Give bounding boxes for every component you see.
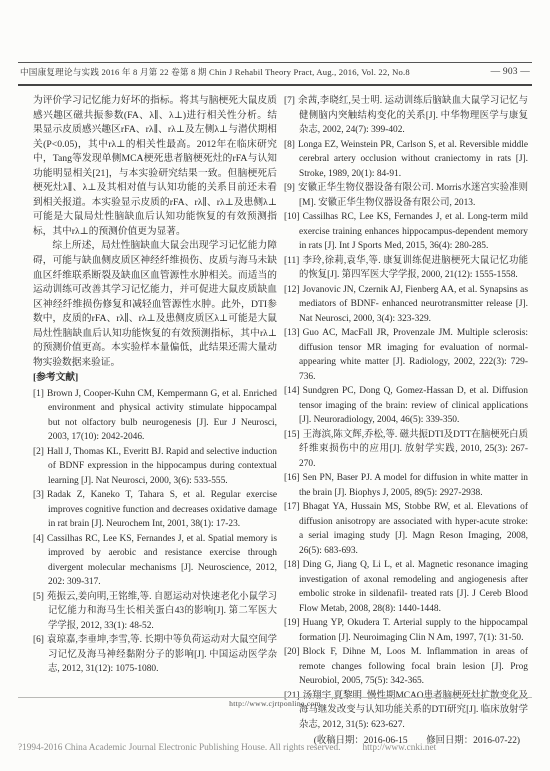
- reference-label: [10]: [284, 212, 300, 222]
- reference-text: Ding G, Jiang Q, Li L, et al. Magnetic r…: [299, 560, 528, 614]
- reference-label: [11]: [284, 256, 299, 266]
- reference-item: [9]安徽正华生物仪器设备有限公司. Morris水迷宫实验准则[M]. 安徽正…: [284, 181, 528, 210]
- reference-text: Brown J, Cooper-Kuhn CM, Kempermann G, e…: [47, 389, 277, 443]
- reference-text: Cassilhas RC, Lee KS, Fernandes J, et al…: [299, 212, 528, 251]
- reference-label: [6]: [33, 635, 44, 645]
- reference-label: [15]: [284, 430, 300, 440]
- reference-item: [6]袁琼嘉,李垂坤,李雪,等. 长期中等负荷运动对大鼠空间学习记忆及海马神经黏…: [33, 633, 277, 677]
- two-column-body: 为评价学习记忆能力好坏的指标。将其与脑梗死大鼠皮质感兴趣区磁共振参数(FA、λ∥…: [33, 94, 528, 654]
- reference-text: Block F, Dihne M, Loos M. Inflammation i…: [299, 647, 528, 686]
- reference-item: [13]Guo AC, MacFall JR, Provenzale JM. M…: [284, 326, 528, 384]
- reference-item: [2]Hall J, Thomas KL, Everitt BJ. Rapid …: [33, 445, 277, 489]
- reference-item: [7]余茜,李晓红,吴士明. 运动训练后脑缺血大鼠学习记忆与健侧脑内突触结构变化…: [284, 94, 528, 138]
- reference-item: [3]Radak Z, Kaneko T, Tahara S, et al. R…: [33, 488, 277, 532]
- reference-text: Sundgren PC, Dong Q, Gomez-Hassan D, et …: [299, 386, 528, 425]
- reference-text: Hall J, Thomas KL, Everitt BJ. Rapid and…: [47, 447, 277, 486]
- left-column: 为评价学习记忆能力好坏的指标。将其与脑梗死大鼠皮质感兴趣区磁共振参数(FA、λ∥…: [33, 94, 277, 654]
- reference-label: [17]: [284, 502, 300, 512]
- header-bottom-rule: [18, 84, 532, 86]
- reference-label: [18]: [284, 560, 300, 570]
- reference-item: [8]Longa EZ, Weinstein PR, Carlson S, et…: [284, 138, 528, 182]
- reference-item: [15]王海滨,陈文辉,乔松,等. 磁共振DTI及DTT在脑梗死白质纤维束损伤中…: [284, 428, 528, 472]
- reference-text: Guo AC, MacFall JR, Provenzale JM. Multi…: [299, 328, 528, 382]
- reference-item: [17]Bhagat YA, Hussain MS, Stobbe RW, et…: [284, 500, 528, 558]
- reference-item: [1]Brown J, Cooper-Kuhn CM, Kempermann G…: [33, 387, 277, 445]
- reference-label: [9]: [284, 183, 295, 193]
- reference-text: Sen PN, Baser PJ. A model for diffusion …: [299, 473, 528, 498]
- page-header: 中国康复理论与实践 2016 年 8 月第 22 卷第 8 期 Chin J R…: [20, 66, 530, 78]
- journal-page: 中国康复理论与实践 2016 年 8 月第 22 卷第 8 期 Chin J R…: [0, 0, 550, 771]
- header-top-rule: [18, 62, 532, 63]
- reference-text: Cassilhas RC, Lee KS, Fernandes J, et al…: [47, 534, 277, 588]
- references-heading: [参考文献]: [33, 371, 277, 386]
- reference-item: [18]Ding G, Jiang Q, Li L, et al. Magnet…: [284, 558, 528, 616]
- reference-label: [5]: [33, 592, 44, 602]
- footer-rule: [18, 697, 532, 698]
- reference-text: Huang YP, Okudera T. Arterial supply to …: [299, 618, 528, 643]
- reference-label: [3]: [33, 490, 44, 500]
- reference-label: [1]: [33, 389, 44, 399]
- reference-label: [7]: [284, 96, 295, 106]
- conclusion-paragraph: 综上所述，局灶性脑缺血大鼠会出现学习记忆能力障碍，可能与缺血侧皮质区神经纤维损伤…: [33, 239, 277, 370]
- reference-text: Longa EZ, Weinstein PR, Carlson S, et al…: [298, 140, 528, 179]
- cnki-url: http://www.cnki.net: [363, 743, 437, 753]
- reference-item: [4]Cassilhas RC, Lee KS, Fernandes J, et…: [33, 532, 277, 590]
- reference-item: [20]Block F, Dihne M, Loos M. Inflammati…: [284, 645, 528, 689]
- reference-text: 袁琼嘉,李垂坤,李雪,等. 长期中等负荷运动对大鼠空间学习记忆及海马神经黏附分子…: [47, 635, 277, 674]
- discussion-paragraph: 为评价学习记忆能力好坏的指标。将其与脑梗死大鼠皮质感兴趣区磁共振参数(FA、λ∥…: [33, 94, 277, 239]
- page-number: — 903 —: [481, 67, 530, 77]
- copyright-notice: ?1994-2016 China Academic Journal Electr…: [18, 743, 341, 753]
- reference-item: [14]Sundgren PC, Dong Q, Gomez-Hassan D,…: [284, 384, 528, 428]
- reference-text: 余茜,李晓红,吴士明. 运动训练后脑缺血大鼠学习记忆与健侧脑内突触结构变化的关系…: [298, 96, 528, 135]
- reference-item: [11]李玲,徐莉,袁华,等. 康复训练促进脑梗死大鼠记忆功能的恢复[J]. 第…: [284, 254, 528, 283]
- reference-text: Bhagat YA, Hussain MS, Stobbe RW, et al.…: [299, 502, 528, 556]
- reference-item: [21]汤翔宇,夏黎明. 慢性期MCAO患者脑梗死灶扩散变化及海马继发改变与认知…: [284, 689, 528, 733]
- reference-label: [4]: [33, 534, 44, 544]
- reference-label: [2]: [33, 447, 44, 457]
- reference-text: 王海滨,陈文辉,乔松,等. 磁共振DTI及DTT在脑梗死白质纤维束损伤中的应用[…: [299, 430, 528, 469]
- journal-header-line: 中国康复理论与实践 2016 年 8 月第 22 卷第 8 期 Chin J R…: [20, 66, 410, 78]
- reference-label: [19]: [284, 618, 300, 628]
- reference-label: [14]: [284, 386, 300, 396]
- right-column: [7]余茜,李晓红,吴士明. 运动训练后脑缺血大鼠学习记忆与健侧脑内突触结构变化…: [284, 94, 528, 654]
- reference-text: 安徽正华生物仪器设备有限公司. Morris水迷宫实验准则[M]. 安徽正华生物…: [298, 183, 528, 208]
- reference-item: [10]Cassilhas RC, Lee KS, Fernandes J, e…: [284, 210, 528, 254]
- reference-label: [20]: [284, 647, 300, 657]
- reference-text: 苑振云,姜向明,王铭维,等. 自愿运动对快速老化小鼠学习记忆能力和海马生长相关蛋…: [47, 592, 277, 631]
- reference-item: [19]Huang YP, Okudera T. Arterial supply…: [284, 616, 528, 645]
- reference-label: [8]: [284, 140, 295, 150]
- cnki-copyright-bar: ?1994-2016 China Academic Journal Electr…: [18, 743, 532, 753]
- reference-label: [16]: [284, 473, 300, 483]
- reference-item: [16]Sen PN, Baser PJ. A model for diffus…: [284, 471, 528, 500]
- reference-label: [12]: [284, 285, 300, 295]
- reference-text: 李玲,徐莉,袁华,等. 康复训练促进脑梗死大鼠记忆功能的恢复[J]. 第四军医大…: [299, 256, 528, 281]
- reference-item: [12]Jovanovic JN, Czernik AJ, Fienberg A…: [284, 283, 528, 327]
- reference-text: Radak Z, Kaneko T, Tahara S, et al. Regu…: [47, 490, 277, 529]
- reference-item: [5]苑振云,姜向明,王铭维,等. 自愿运动对快速老化小鼠学习记忆能力和海马生长…: [33, 590, 277, 634]
- reference-text: Jovanovic JN, Czernik AJ, Fienberg AA, e…: [299, 285, 528, 324]
- reference-label: [13]: [284, 328, 300, 338]
- journal-site-url: http://www.cjrtponline.com: [0, 699, 550, 708]
